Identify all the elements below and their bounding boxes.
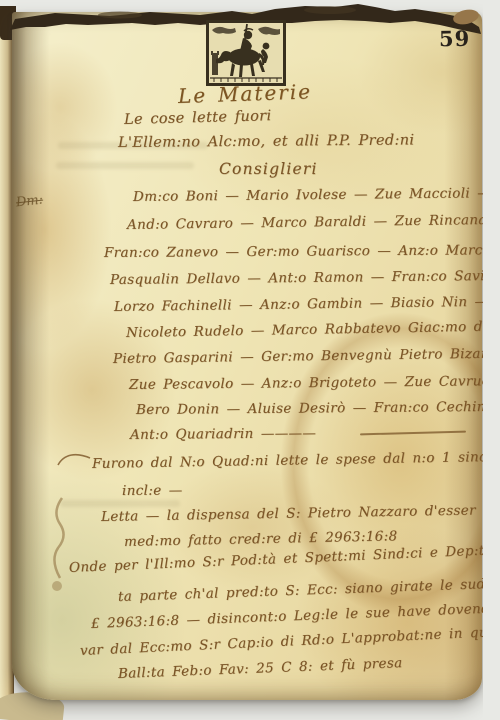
- margin-note: Dm:: [15, 193, 44, 211]
- page-title: Le Materie: [178, 79, 313, 108]
- section-heading: Consiglieri: [219, 160, 318, 178]
- show-through-line: [56, 162, 194, 169]
- councillor-line: Bero Donin — Aluise Desirò — Fran:co Cec…: [136, 399, 500, 418]
- subtitle-line: L'Ellem:no Alc:mo, et alli P.P. Pred:ni: [118, 132, 415, 151]
- entry-line: incl:e —: [122, 482, 183, 499]
- photo-background: [483, 0, 500, 720]
- show-through-line: [60, 500, 180, 507]
- manuscript-photo: 59 Le Materie Le cose lette fuori L'Elle…: [0, 0, 500, 720]
- horseman-woodcut-icon: [206, 20, 286, 86]
- folio-number: 59: [439, 26, 471, 52]
- councillor-line: Ant:o Quariadrin ————: [130, 425, 316, 443]
- ink-flourish: [56, 450, 94, 468]
- councillor-line: Fran:co Zanevo — Ger:mo Guarisco — Anz:o…: [104, 242, 500, 261]
- margin-blot: [48, 494, 74, 594]
